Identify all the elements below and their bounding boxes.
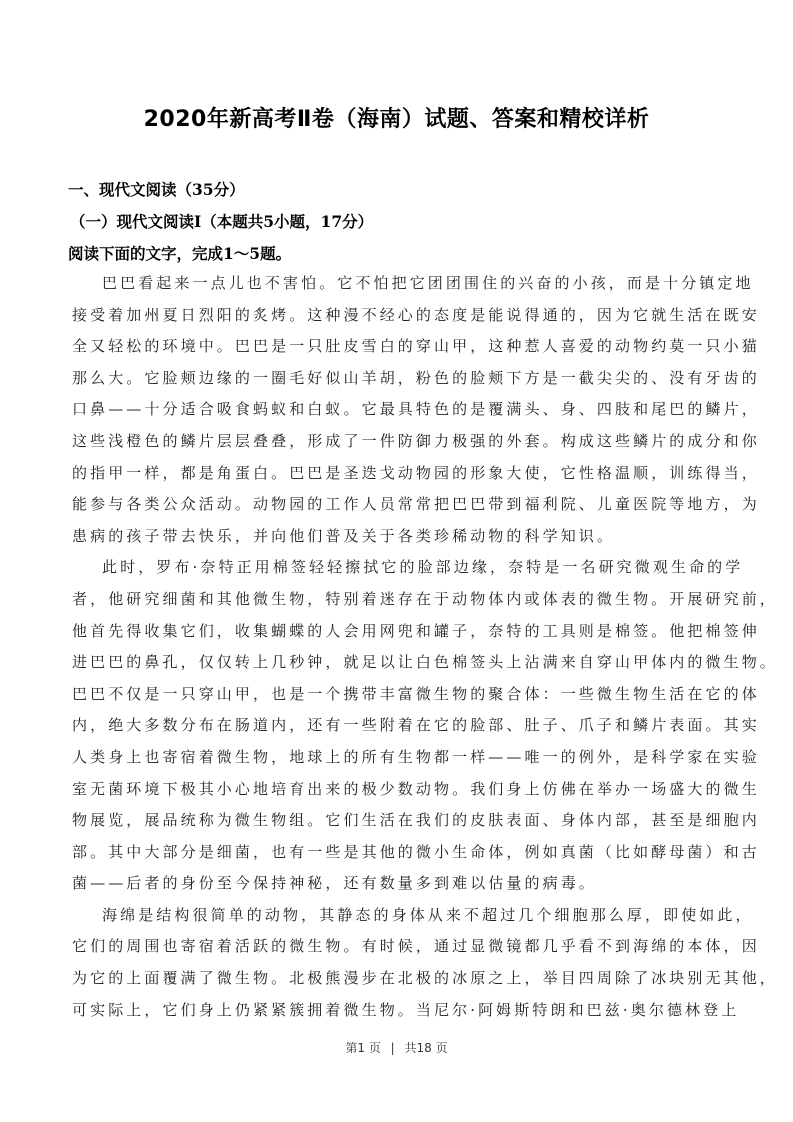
section-heading: 一、现代文阅读（35分）	[68, 178, 245, 200]
passage-line: 者，他研究细菌和其他微生物，特别着迷存在于动物体内或体表的微生物。开展研究前，	[72, 584, 724, 616]
passage-line: 口鼻——十分适合吸食蚂蚁和白蚁。它最具特色的是覆满头、身、四肢和尾巴的鳞片，	[72, 394, 724, 426]
page-number: 第1 页	[345, 1041, 380, 1055]
document-title: 2020年新高考Ⅱ卷（海南）试题、答案和精校详析	[0, 102, 793, 133]
passage-line: 内，绝大多数分布在肠道内，还有一些附着在它的脸部、肚子、爪子和鳞片表面。其实	[72, 710, 724, 742]
passage-line: 患病的孩子带去快乐，并向他们普及关于各类珍稀动物的科学知识。	[72, 521, 724, 553]
passage-line: 人类身上也寄宿着微生物，地球上的所有生物都一样——唯一的例外，是科学家在实验	[72, 742, 724, 774]
passage-line: 进巴巴的鼻孔，仅仅转上几秒钟，就足以让白色棉签头上沾满来自穿山甲体内的微生物。	[72, 647, 724, 679]
passage-line: 全又轻松的环境中。巴巴是一只肚皮雪白的穿山甲，这种惹人喜爱的动物约莫一只小猫	[72, 331, 724, 363]
passage-line: 它们的周围也寄宿着活跃的微生物。有时候，通过显微镜都几乎看不到海绵的本体，因	[72, 931, 724, 963]
passage-line: 部。其中大部分是细菌，也有一些是其他的微小生命体，例如真菌（比如酵母菌）和古	[72, 837, 724, 869]
subsection-heading: （一）现代文阅读Ⅰ（本题共5小题，17分）	[70, 210, 373, 232]
passage-line: 为它的上面覆满了微生物。北极熊漫步在北极的冰原之上，举目四周除了冰块别无其他，	[72, 963, 724, 995]
passage-line: 那么大。它脸颊边缘的一圈毛好似山羊胡，粉色的脸颊下方是一截尖尖的、没有牙齿的	[72, 363, 724, 395]
passage-line: 海绵是结构很简单的动物，其静态的身体从来不超过几个细胞那么厚，即使如此，	[72, 900, 724, 932]
passage-line: 的指甲一样，都是角蛋白。巴巴是圣迭戈动物园的形象大使，它性格温顺，训练得当，	[72, 458, 724, 490]
passage-line: 物展览，展品统称为微生物组。它们生活在我们的皮肤表面、身体内部，甚至是细胞内	[72, 805, 724, 837]
reading-passage: 巴巴看起来一点儿也不害怕。它不怕把它团团围住的兴奋的小孩，而是十分镇定地接受着加…	[72, 268, 724, 1026]
passage-line: 他首先得收集它们，收集蝴蝶的人会用网兜和罐子，奈特的工具则是棉签。他把棉签伸	[72, 616, 724, 648]
passage-line: 室无菌环境下极其小心地培育出来的极少数动物。我们身上仿佛在举办一场盛大的微生	[72, 774, 724, 806]
reading-instruction: 阅读下面的文字，完成1～5题。	[68, 242, 291, 264]
passage-line: 巴巴看起来一点儿也不害怕。它不怕把它团团围住的兴奋的小孩，而是十分镇定地	[72, 268, 724, 300]
passage-line: 此时，罗布·奈特正用棉签轻轻擦拭它的脸部边缘，奈特是一名研究微观生命的学	[72, 552, 724, 584]
footer-separator: |	[385, 1041, 401, 1055]
passage-line: 能参与各类公众活动。动物园的工作人员常常把巴巴带到福利院、儿童医院等地方，为	[72, 489, 724, 521]
passage-line: 这些浅橙色的鳞片层层叠叠，形成了一件防御力极强的外套。构成这些鳞片的成分和你	[72, 426, 724, 458]
passage-line: 接受着加州夏日烈阳的炙烤。这种漫不经心的态度是能说得通的，因为它就生活在既安	[72, 300, 724, 332]
page-footer: 第1 页 | 共18 页	[0, 1039, 793, 1056]
total-pages: 共18 页	[405, 1041, 448, 1055]
document-page: 2020年新高考Ⅱ卷（海南）试题、答案和精校详析 一、现代文阅读（35分） （一…	[0, 0, 793, 1122]
passage-line: 菌——后者的身份至今保持神秘，还有数量多到难以估量的病毒。	[72, 868, 724, 900]
passage-line: 巴巴不仅是一只穿山甲，也是一个携带丰富微生物的聚合体：一些微生物生活在它的体	[72, 679, 724, 711]
passage-line: 可实际上，它们身上仍紧紧簇拥着微生物。当尼尔·阿姆斯特朗和巴兹·奥尔德林登上	[72, 995, 724, 1027]
